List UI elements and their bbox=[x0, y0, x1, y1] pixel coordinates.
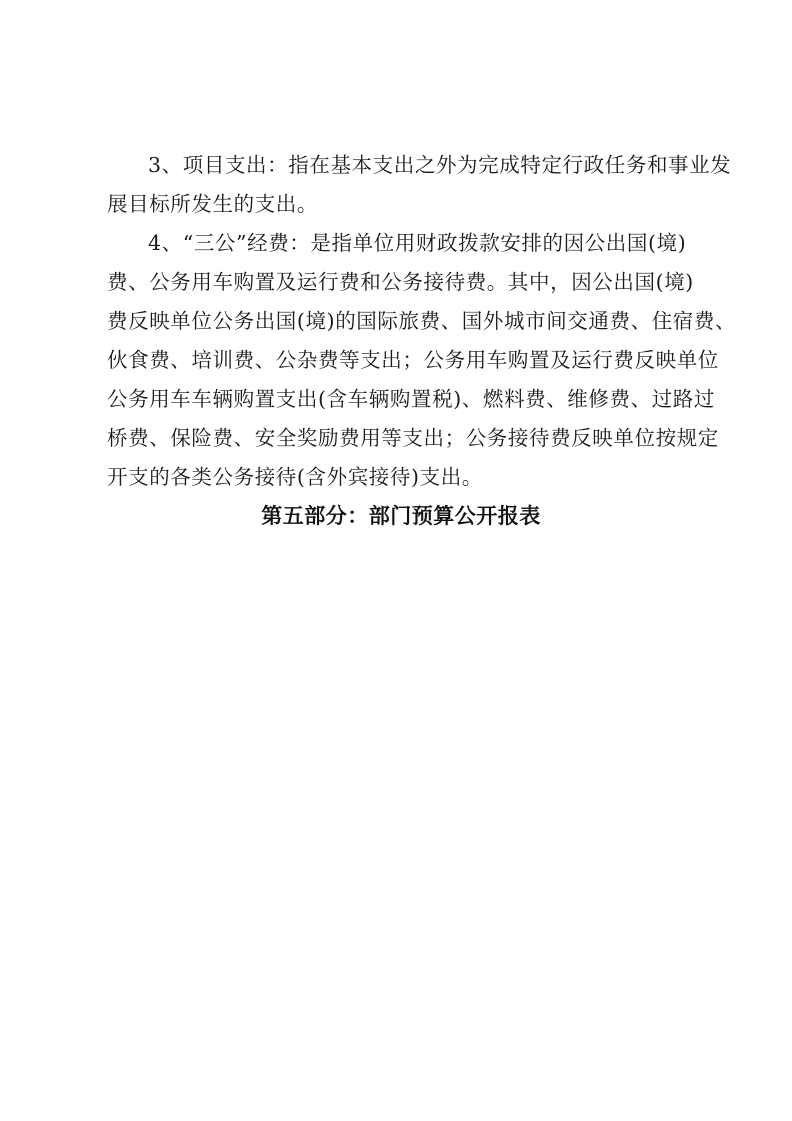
text-line: 费、公务用车购置及运行费和公务接待费。其中，因公出国(境) bbox=[107, 263, 695, 302]
text-line: 3、项目支出：指在基本支出之外为完成特定行政任务和事业发 bbox=[107, 146, 695, 185]
text-line: 桥费、保险费、安全奖励费用等支出；公务接待费反映单位按规定 bbox=[107, 419, 695, 458]
document-page: 3、项目支出：指在基本支出之外为完成特定行政任务和事业发 展目标所发生的支出。 … bbox=[107, 146, 695, 536]
text-line: 开支的各类公务接待(含外宾接待)支出。 bbox=[107, 458, 695, 497]
text-line: 伙食费、培训费、公杂费等支出；公务用车购置及运行费反映单位 bbox=[107, 341, 695, 380]
paragraph-three-public-expenses: 4、“三公”经费：是指单位用财政拨款安排的因公出国(境) 费、公务用车购置及运行… bbox=[107, 224, 695, 497]
section-heading: 第五部分：部门预算公开报表 bbox=[107, 497, 695, 536]
text-line: 费反映单位公务出国(境)的国际旅费、国外城市间交通费、住宿费、 bbox=[107, 302, 695, 341]
text-line: 4、“三公”经费：是指单位用财政拨款安排的因公出国(境) bbox=[107, 224, 695, 263]
text-line: 公务用车车辆购置支出(含车辆购置税)、燃料费、维修费、过路过 bbox=[107, 380, 695, 419]
text-line: 展目标所发生的支出。 bbox=[107, 185, 695, 224]
paragraph-project-expenditure: 3、项目支出：指在基本支出之外为完成特定行政任务和事业发 展目标所发生的支出。 bbox=[107, 146, 695, 224]
